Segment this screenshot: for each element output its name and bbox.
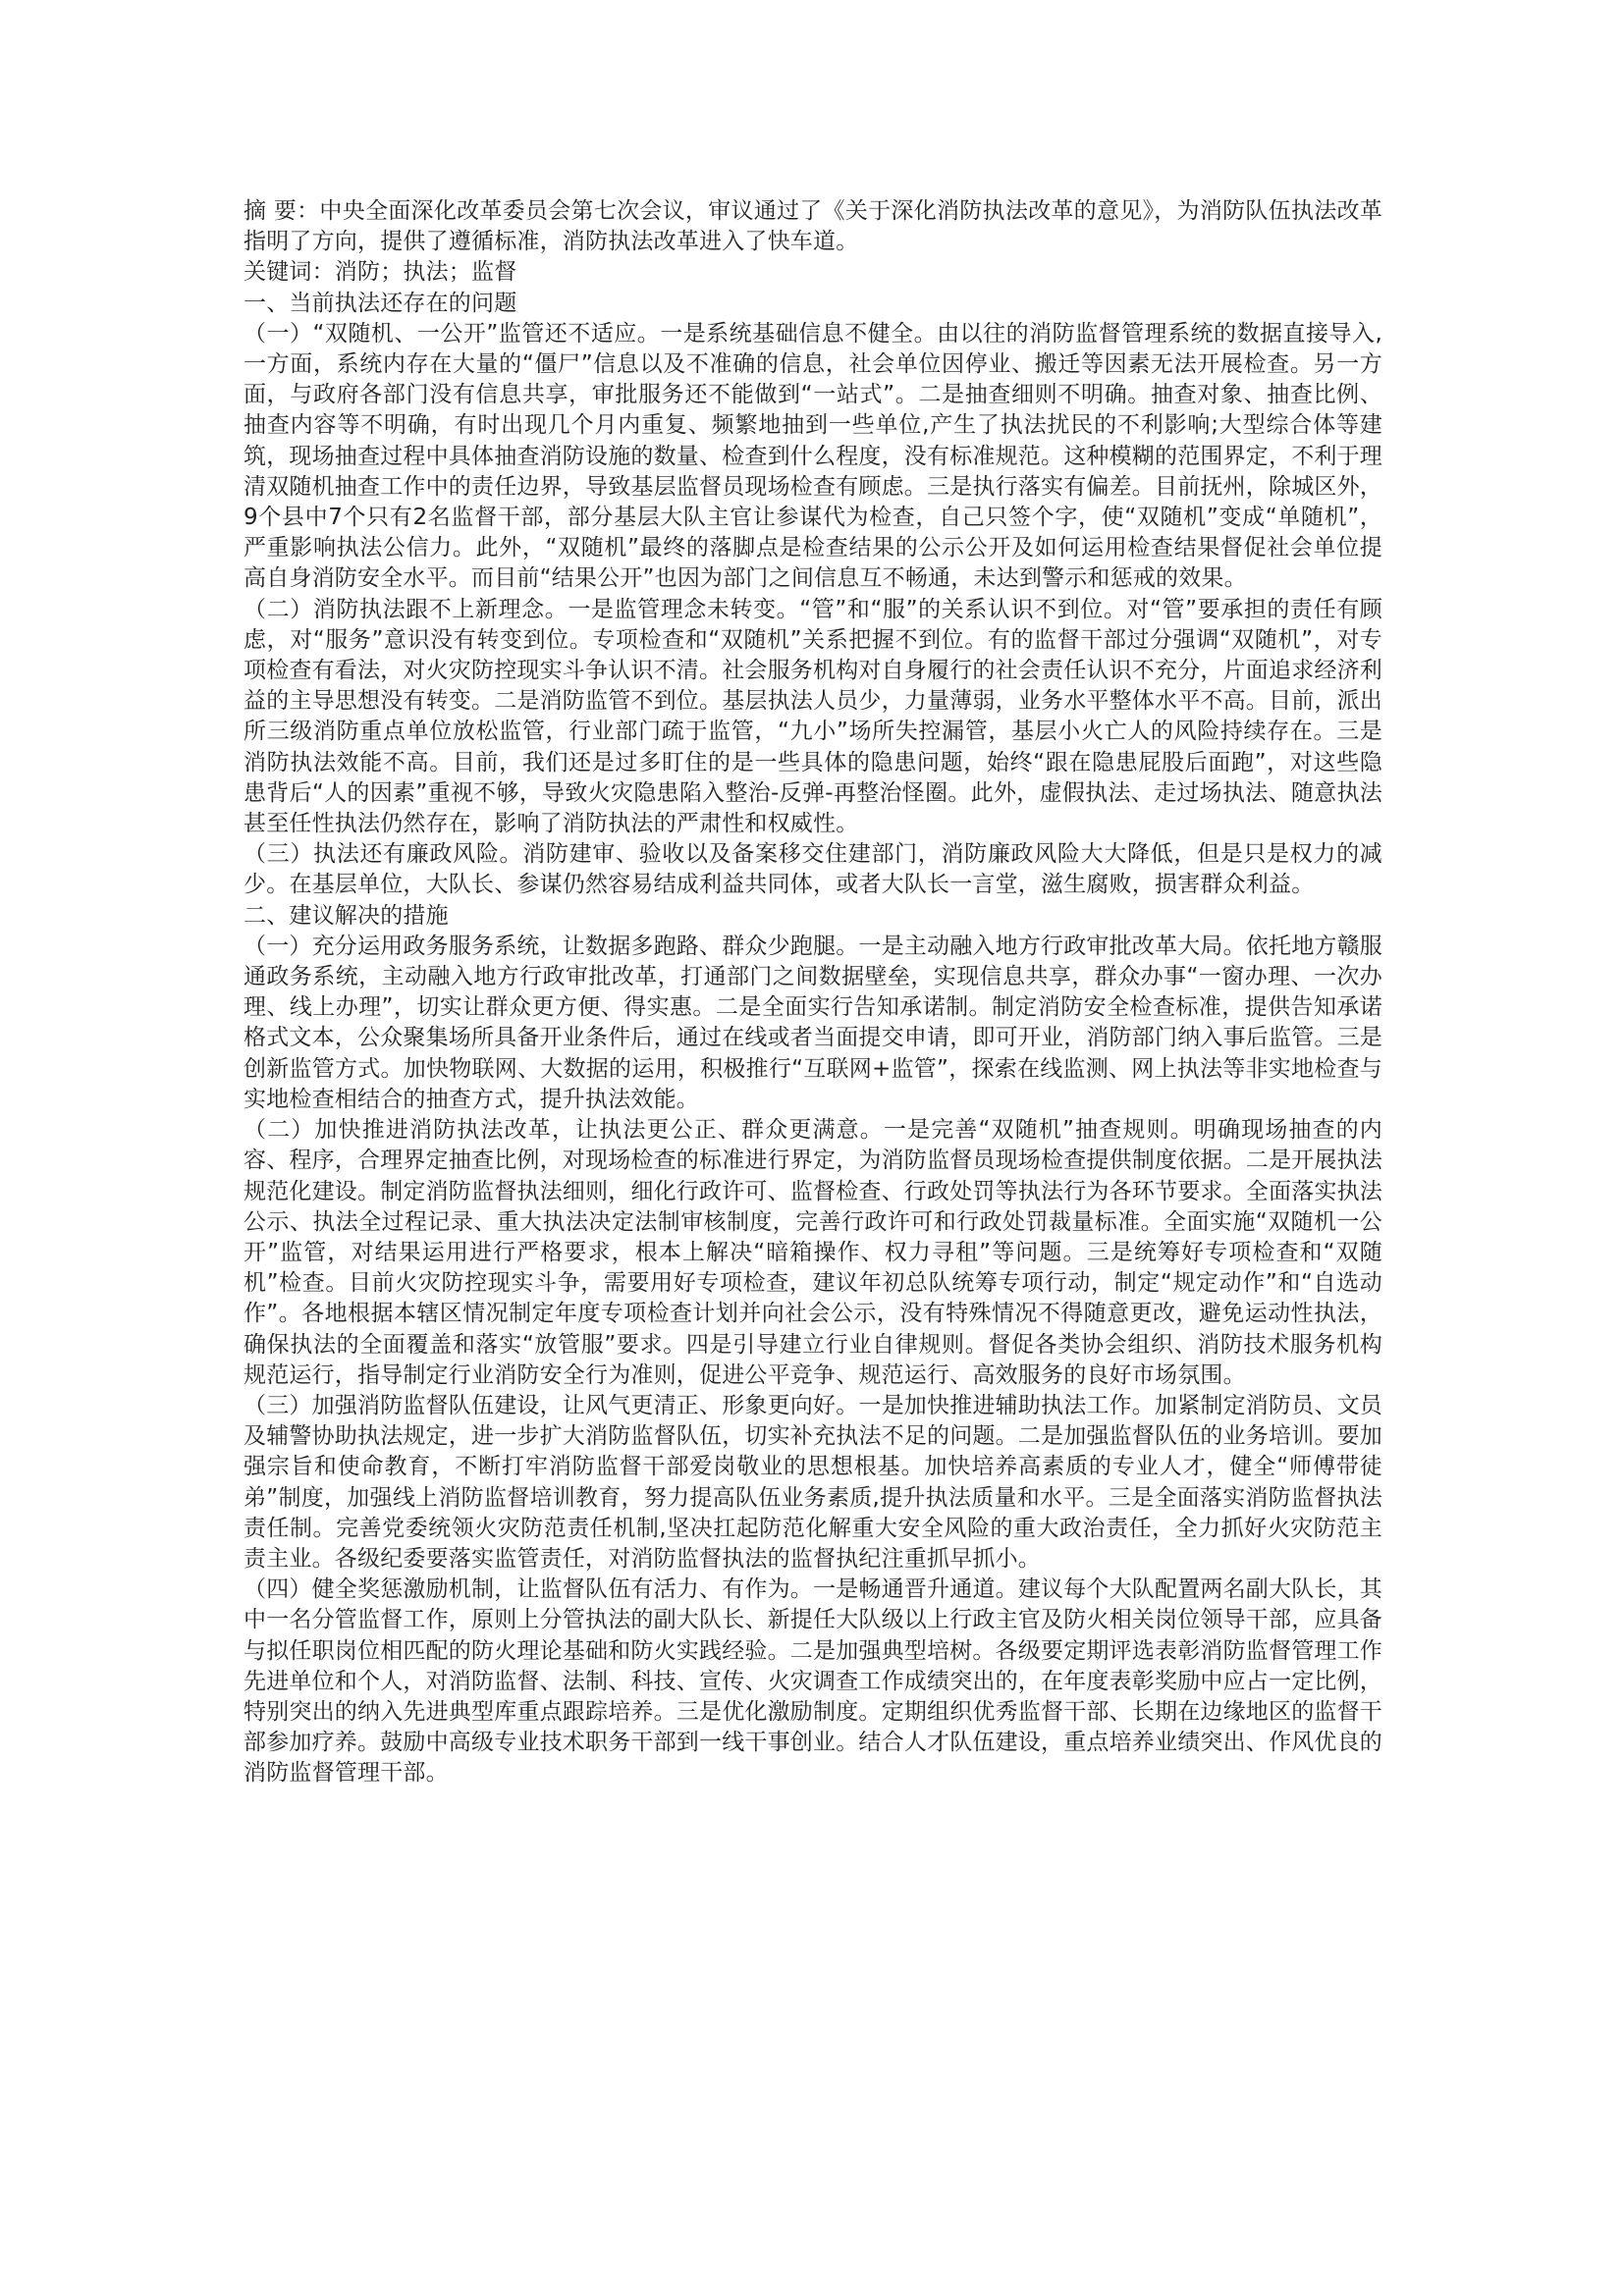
section-2-paragraph-2: （二）加快推进消防执法改革，让执法更公正、群众更满意。一是完善“双随机”抽查规则… [244, 1115, 1382, 1391]
document-page: 摘 要：中央全面深化改革委员会第七次会议，审议通过了《关于深化消防执法改革的意见… [244, 196, 1382, 1789]
section-heading-2: 二、建议解决的措施 [244, 901, 1382, 932]
section-1-paragraph-2: （二）消防执法跟不上新理念。一是监管理念未转变。“管”和“服”的关系认识不到位。… [244, 595, 1382, 840]
section-2-paragraph-4: （四）健全奖惩激励机制，让监督队伍有活力、有作为。一是畅通晋升通道。建议每个大队… [244, 1575, 1382, 1789]
section-1-paragraph-3: （三）执法还有廉政风险。消防建审、验收以及备案移交住建部门，消防廉政风险大大降低… [244, 839, 1382, 900]
section-2-paragraph-1: （一）充分运用政务服务系统，让数据多跑路、群众少跑腿。一是主动融入地方行政审批改… [244, 932, 1382, 1115]
keywords: 关键词：消防；执法；监督 [244, 257, 1382, 288]
section-1-paragraph-1: （一）“双随机、一公开”监管还不适应。一是系统基础信息不健全。由以往的消防监督管… [244, 319, 1382, 595]
section-2-paragraph-3: （三）加强消防监督队伍建设，让风气更清正、形象更向好。一是加快推进辅助执法工作。… [244, 1391, 1382, 1575]
abstract: 摘 要：中央全面深化改革委员会第七次会议，审议通过了《关于深化消防执法改革的意见… [244, 196, 1382, 257]
section-heading-1: 一、当前执法还存在的问题 [244, 289, 1382, 319]
